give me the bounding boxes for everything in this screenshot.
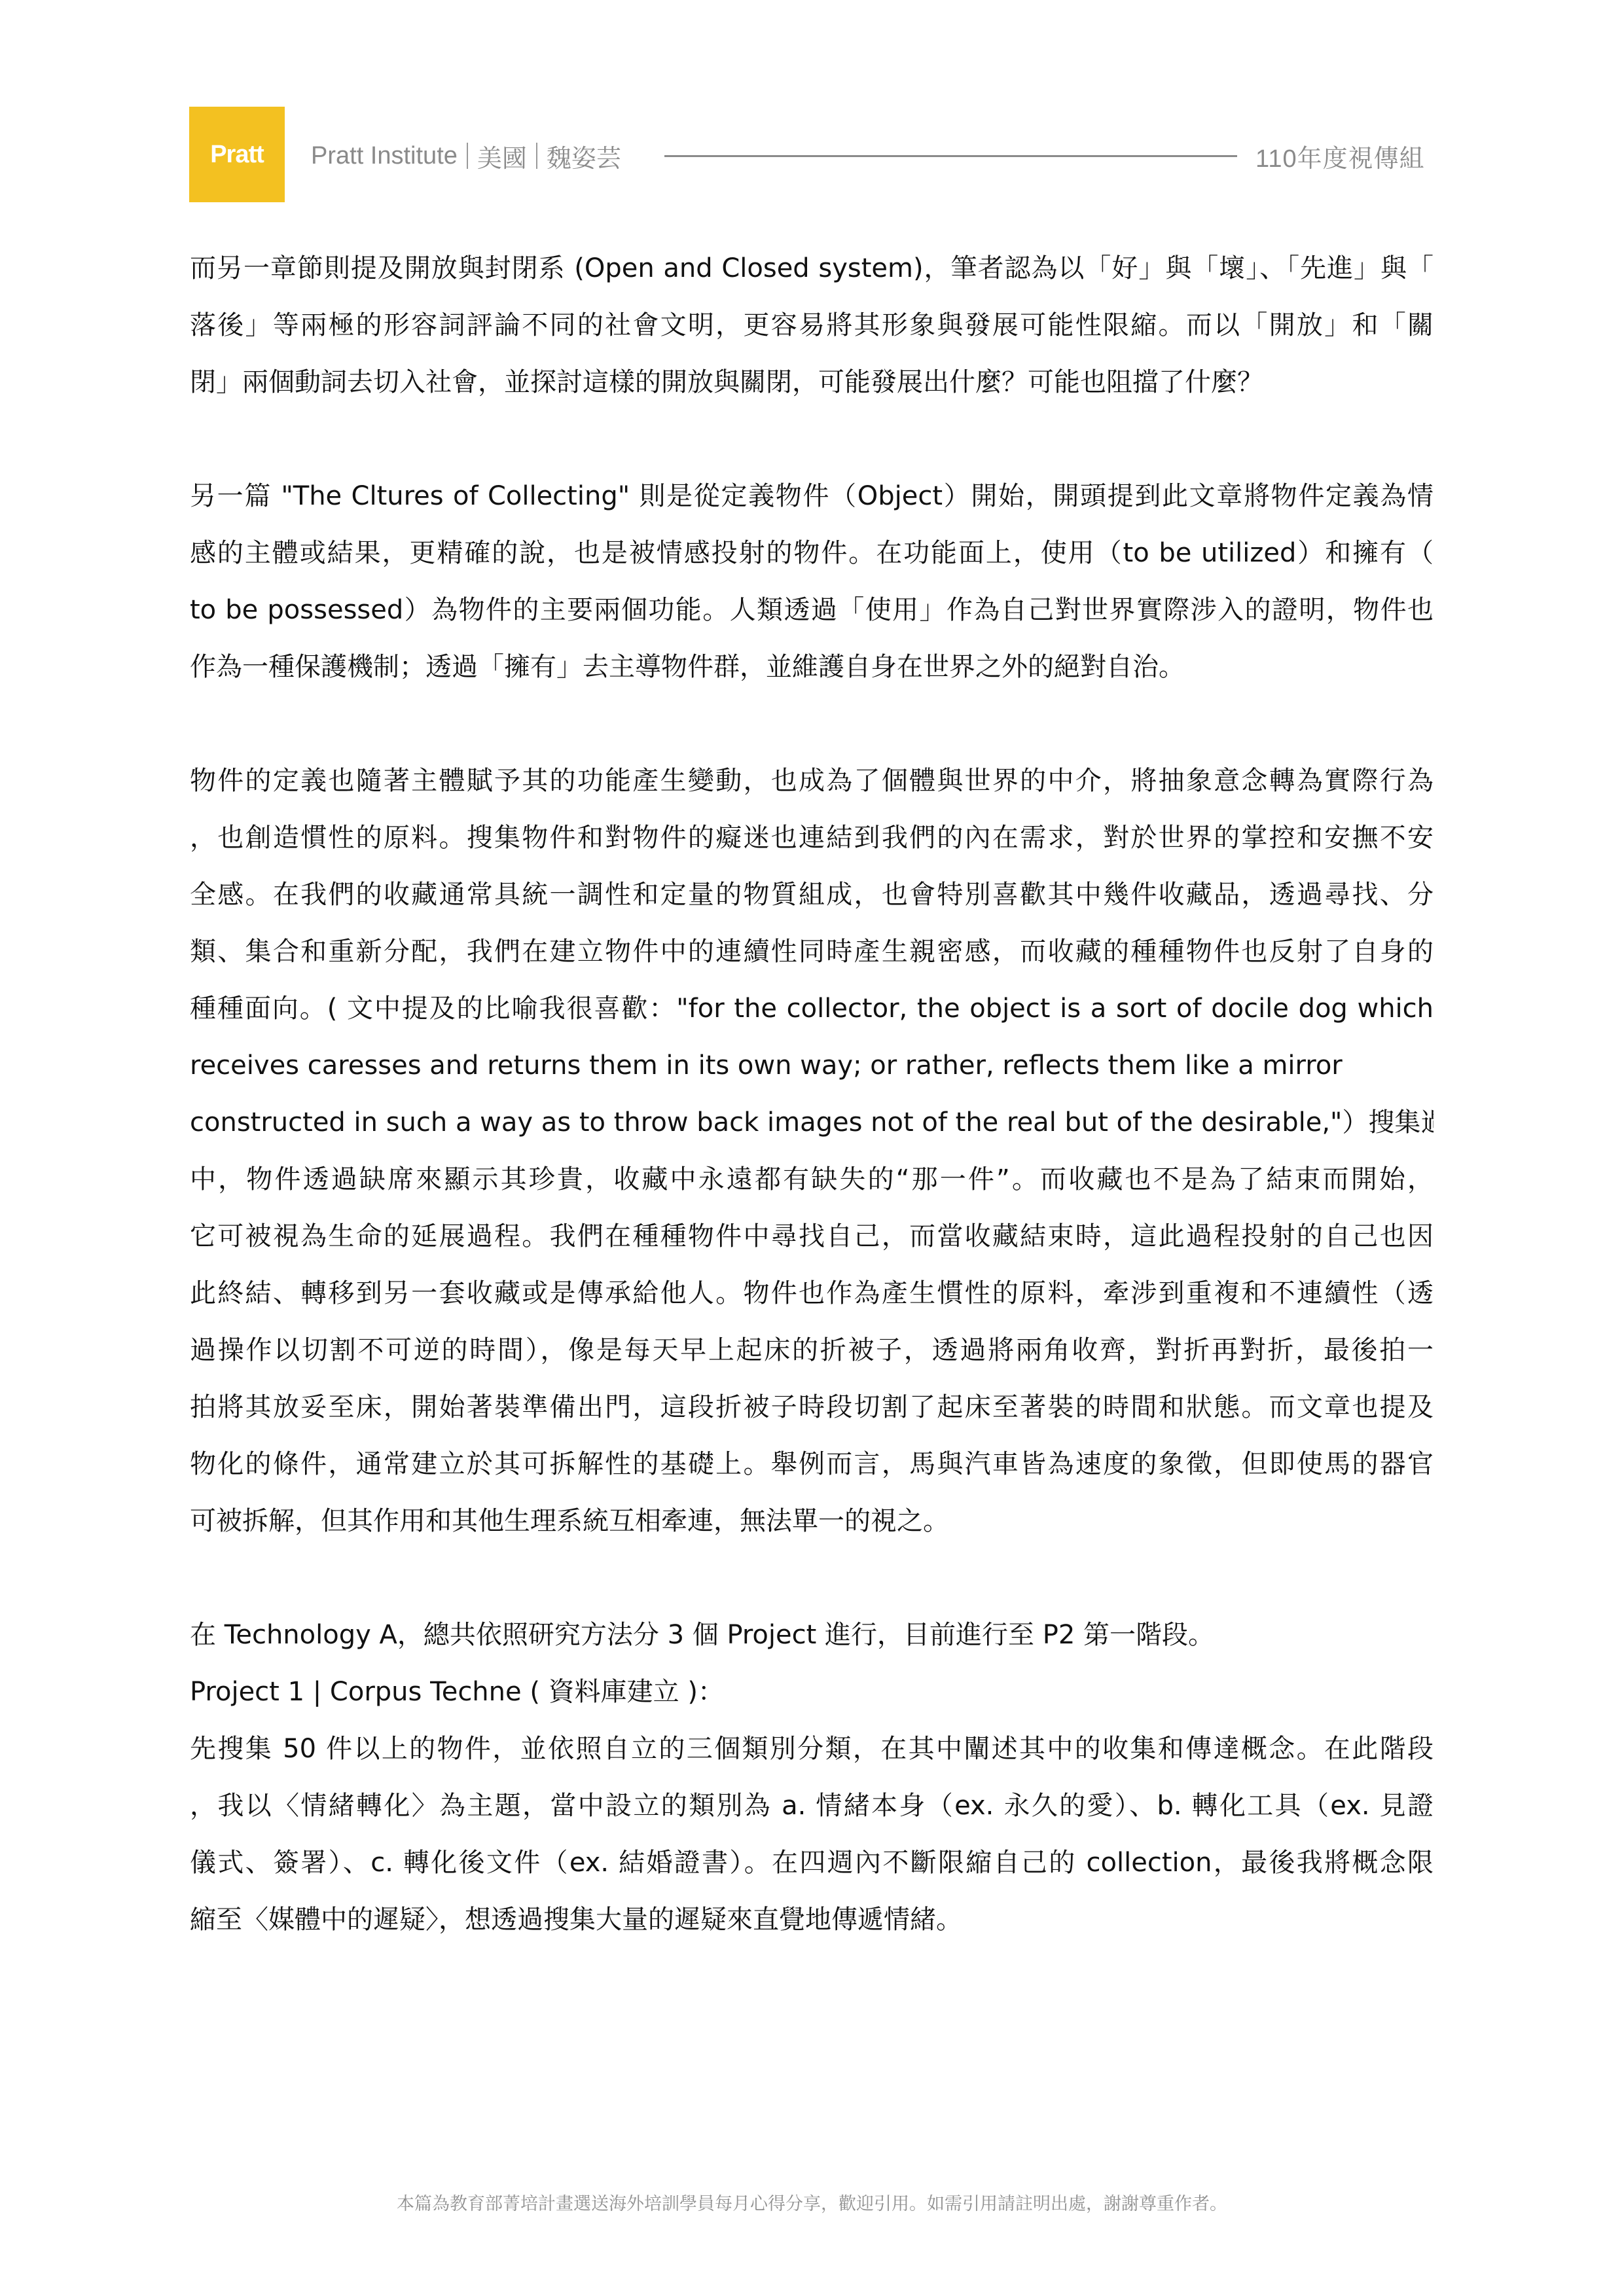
text-line: 物化的條件，通常建立於其可拆解性的基礎上。舉例而言，馬與汽車皆為速度的象徵，但即… <box>190 1436 1434 1493</box>
country: 美國 <box>477 138 527 174</box>
text-line: 類、集合和重新分配，我們在建立物件中的連續性同時產生親密感，而收藏的種種物件也反… <box>190 924 1434 980</box>
header-divider <box>664 155 1237 157</box>
text-line: 種種面向。( 文中提及的比喻我很喜歡："for the collector, t… <box>190 980 1434 1037</box>
paragraph: 而另一章節則提及開放與封閉系 (Open and Closed system)，… <box>190 240 1434 411</box>
pratt-logo: Pratt <box>189 107 285 202</box>
text-line: 拍將其放妥至床，開始著裝準備出門，這段折被子時段切割了起床至著裝的時間和狀態。而… <box>190 1379 1434 1436</box>
paragraph: 在 Technology A，總共依照研究方法分 3 個 Project 進行，… <box>190 1607 1434 1948</box>
text-line: 此終結、轉移到另一套收藏或是傳承給他人。物件也作為產生慣性的原料，牽涉到重複和不… <box>190 1265 1434 1322</box>
text-line: 儀式、簽署）、c. 轉化後文件（ex. 結婚證書）。在四週內不斷限縮自己的 co… <box>190 1835 1434 1892</box>
text-line: 它可被視為生命的延展過程。我們在種種物件中尋找自己，而當收藏結束時，這此過程投射… <box>190 1208 1434 1265</box>
separator <box>467 143 468 169</box>
page-header: Pratt Pratt Institute 美國 魏姿芸 110年度視傳組 <box>0 0 1624 216</box>
text-line: Project 1 | Corpus Techne ( 資料庫建立 )： <box>190 1664 1434 1721</box>
institution-name: Pratt Institute <box>311 142 458 170</box>
text-line: 而另一章節則提及開放與封閉系 (Open and Closed system)，… <box>190 240 1434 297</box>
logo-text: Pratt <box>210 141 264 169</box>
text-line: 作為一種保護機制；透過「擁有」去主導物件群，並維護自身在世界之外的絕對自治。 <box>190 639 1434 696</box>
header-meta: Pratt Institute 美國 魏姿芸 <box>311 137 621 174</box>
text-line: 縮至〈媒體中的遲疑〉，想透過搜集大量的遲疑來直覺地傳遞情緒。 <box>190 1892 1434 1948</box>
paragraph: 物件的定義也隨著主體賦予其的功能產生變動，也成為了個體與世界的中介，將抽象意念轉… <box>190 753 1434 1550</box>
text-line: 可被拆解，但其作用和其他生理系統互相牽連，無法單一的視之。 <box>190 1493 1434 1550</box>
text-line: receives caresses and returns them in it… <box>190 1037 1434 1094</box>
text-line: 閉」兩個動詞去切入社會，並探討這樣的開放與關閉，可能發展出什麼？可能也阻擋了什麼… <box>190 354 1434 411</box>
text-line: constructed in such a way as to throw ba… <box>190 1094 1434 1151</box>
text-line: 落後」等兩極的形容詞評論不同的社會文明，更容易將其形象與發展可能性限縮。而以「開… <box>190 297 1434 354</box>
text-line: 先搜集 50 件以上的物件，並依照自立的三個類別分類，在其中闡述其中的收集和傳達… <box>190 1721 1434 1778</box>
text-line: ，我以〈情緒轉化〉為主題，當中設立的類別為 a. 情緒本身（ex. 永久的愛）、… <box>190 1778 1434 1835</box>
text-line: 過操作以切割不可逆的時間），像是每天早上起床的折被子，透過將兩角收齊，對折再對折… <box>190 1322 1434 1379</box>
author-name: 魏姿芸 <box>547 138 621 174</box>
separator <box>536 143 537 169</box>
text-line: 全感。在我們的收藏通常具統一調性和定量的物質組成，也會特別喜歡其中幾件收藏品，透… <box>190 867 1434 924</box>
footer-notice: 本篇為教育部菁培計畫選送海外培訓學員每月心得分享，歡迎引用。如需引用請註明出處，… <box>0 2189 1624 2215</box>
paragraph: 另一篇 "The Cltures of Collecting" 則是從定義物件（… <box>190 468 1434 696</box>
text-line: 物件的定義也隨著主體賦予其的功能產生變動，也成為了個體與世界的中介，將抽象意念轉… <box>190 753 1434 810</box>
text-line: to be possessed）為物件的主要兩個功能。人類透過「使用」作為自己對… <box>190 582 1434 639</box>
text-line: 另一篇 "The Cltures of Collecting" 則是從定義物件（… <box>190 468 1434 525</box>
text-line: 中，物件透過缺席來顯示其珍貴，收藏中永遠都有缺失的“那一件”。而收藏也不是為了結… <box>190 1151 1434 1208</box>
text-line: ，也創造慣性的原料。搜集物件和對物件的癡迷也連結到我們的內在需求，對於世界的掌控… <box>190 810 1434 867</box>
text-line: 在 Technology A，總共依照研究方法分 3 個 Project 進行，… <box>190 1607 1434 1664</box>
group-label: 110年度視傳組 <box>1255 137 1425 174</box>
text-line: 感的主體或結果，更精確的說，也是被情感投射的物件。在功能面上，使用（to be … <box>190 525 1434 582</box>
